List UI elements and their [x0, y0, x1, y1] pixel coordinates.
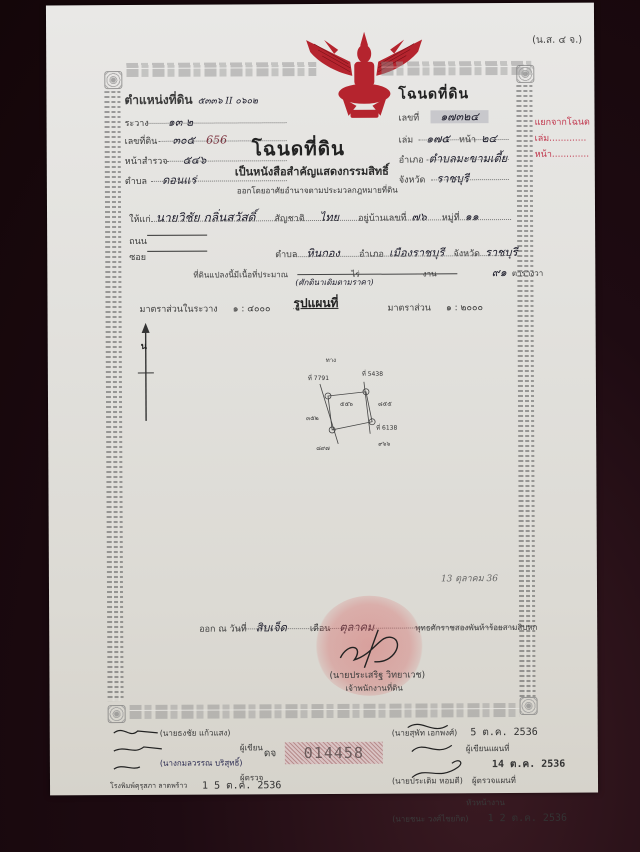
- map-label-n: ที่ 5438: [362, 370, 383, 378]
- deed-subtitle: เป็นหนังสือสำคัญแสดงกรรมสิทธิ์: [235, 162, 389, 181]
- printer-label: โรงพิมพ์คุรุสภา ลาดพร้าว: [110, 781, 187, 792]
- position-value: ๕๓๓๖ II ๐๖๐๒: [198, 96, 258, 106]
- rosette-ornament-icon: [104, 71, 122, 89]
- position-label: ตำแหน่งที่ดิน: [124, 93, 192, 107]
- map-scale-label: มาตราส่วน: [388, 303, 431, 313]
- moo-value: ๑๑: [465, 210, 479, 223]
- plot-map: ทาง ที่ 7791 ที่ 5438 ๕๕๖ ๘๕๕ ๓๕๒ ที่ 61…: [228, 333, 429, 454]
- sheet-scale-label: มาตราส่วนในระวาง: [140, 305, 218, 315]
- rosette-ornament-icon: [520, 697, 538, 715]
- split-page-label: หน้า.............: [535, 147, 590, 163]
- map-scale-value: ๑ : ๒๐๐๐: [446, 303, 483, 313]
- footer-right-signatures: [402, 717, 482, 787]
- officer-name: (นายประเสริฐ วิทยาเวช): [329, 667, 425, 682]
- north-arrow-icon: [136, 323, 157, 423]
- handwritten-date-note: 13 ตุลาคม 36: [441, 571, 498, 585]
- serial-prefix: ดจ: [264, 746, 276, 761]
- district-label: อำเภอ: [399, 155, 424, 165]
- map-label-w: ที่ 7791: [308, 374, 329, 382]
- split-book-label: เล่ม.............: [535, 131, 590, 147]
- map-title: รูปแผนที่: [293, 294, 338, 313]
- officer-title: เจ้าพนักงานที่ดิน: [345, 682, 402, 695]
- right-border-pattern: [516, 85, 535, 697]
- survey-page-label: หน้าสำรวจ: [125, 157, 168, 167]
- owner-subdistrict-value: หินกอง: [306, 247, 339, 260]
- footer-official1-name: (นายธงชัย แก้วแสง): [160, 728, 231, 737]
- sheet-scale-value: ๑ : ๔๐๐๐: [233, 304, 271, 314]
- given-to-label: ให้แก่: [129, 215, 151, 225]
- house-no-value: ๗๖: [411, 210, 426, 223]
- deed-title: โฉนดที่ดิน: [252, 134, 345, 164]
- footer-official2-name: (นางกมลวรรณ บริสุทธิ์): [160, 758, 243, 767]
- map-label-se: ที่ 6138: [376, 424, 397, 432]
- nationality-value: ไทย: [320, 211, 339, 224]
- serial-number: 014458: [304, 744, 364, 762]
- area-note: (ศักดินาเดิมตามราคา): [295, 276, 373, 289]
- owner-name: นายวิชัย กลิ่นสวัสดิ์: [156, 210, 256, 225]
- footer-r-official3-name: (นายชนะ วงศ์ไชยกิต): [392, 814, 468, 823]
- map-label-sw: ๓๕๒: [306, 415, 319, 422]
- north-label: น: [141, 339, 147, 353]
- footer-r-date3: 1 2 ต.ค. 2536: [488, 813, 567, 824]
- wa-value: ๙๑: [492, 266, 507, 279]
- area-label: ที่ดินแปลงนี้มีเนื้อที่ประมาณ: [193, 270, 288, 279]
- split-from-label: แยกจากโฉนด: [535, 115, 590, 131]
- deed-authority: ออกโดยอาศัยอำนาจตามประมวลกฎหมายที่ดิน: [237, 184, 398, 198]
- land-no-label: เลขที่ดิน: [125, 137, 158, 147]
- map-label-road: ทาง: [326, 357, 336, 364]
- form-code: (น.ส. ๔ จ.): [532, 33, 582, 48]
- issued-at-label: ออก ณ วันที่: [199, 624, 247, 634]
- soi-label: ซอย: [129, 253, 146, 263]
- footer-left-signatures: [110, 721, 170, 779]
- deed-number-label: เลขที่: [399, 113, 420, 123]
- officer-signature: [334, 624, 414, 674]
- right-deed-title: โฉนดที่ดิน: [398, 83, 469, 105]
- sheet-label: ระวาง: [125, 119, 149, 129]
- footer-r-date2: 14 ต.ค. 2536: [492, 759, 565, 770]
- land-title-deed: (น.ส. ๔ จ.) ตำแหน่งที่ดิน ๕๓๓๖ II ๐๖๐๒: [46, 3, 598, 796]
- wa-label: ตารางวา: [512, 269, 543, 278]
- owner-district-value: เมืองราชบุรี: [389, 246, 445, 259]
- book-label: เล่ม: [399, 136, 414, 146]
- province-label: จังหวัด: [399, 175, 426, 185]
- map-label-s: ๘๙๗: [316, 445, 330, 452]
- map-label-plot: ๕๕๖: [340, 401, 353, 408]
- owner-province-value: ราชบุรี: [485, 246, 518, 259]
- subdistrict-label: ตำบล: [125, 177, 147, 187]
- footer-official1-role: ผู้เขียน: [240, 743, 263, 752]
- deed-number-value: ๑๗๓๒๔: [430, 110, 488, 123]
- map-label-e: ๘๕๕: [378, 401, 392, 408]
- footer-left-date: 1 5 ต.ค. 2536: [202, 778, 281, 793]
- left-border-pattern: [104, 91, 123, 701]
- rosette-ornament-icon: [516, 65, 534, 83]
- map-label-s2: ๙๖๖: [378, 441, 390, 448]
- serial-number-box: 014458: [285, 742, 383, 765]
